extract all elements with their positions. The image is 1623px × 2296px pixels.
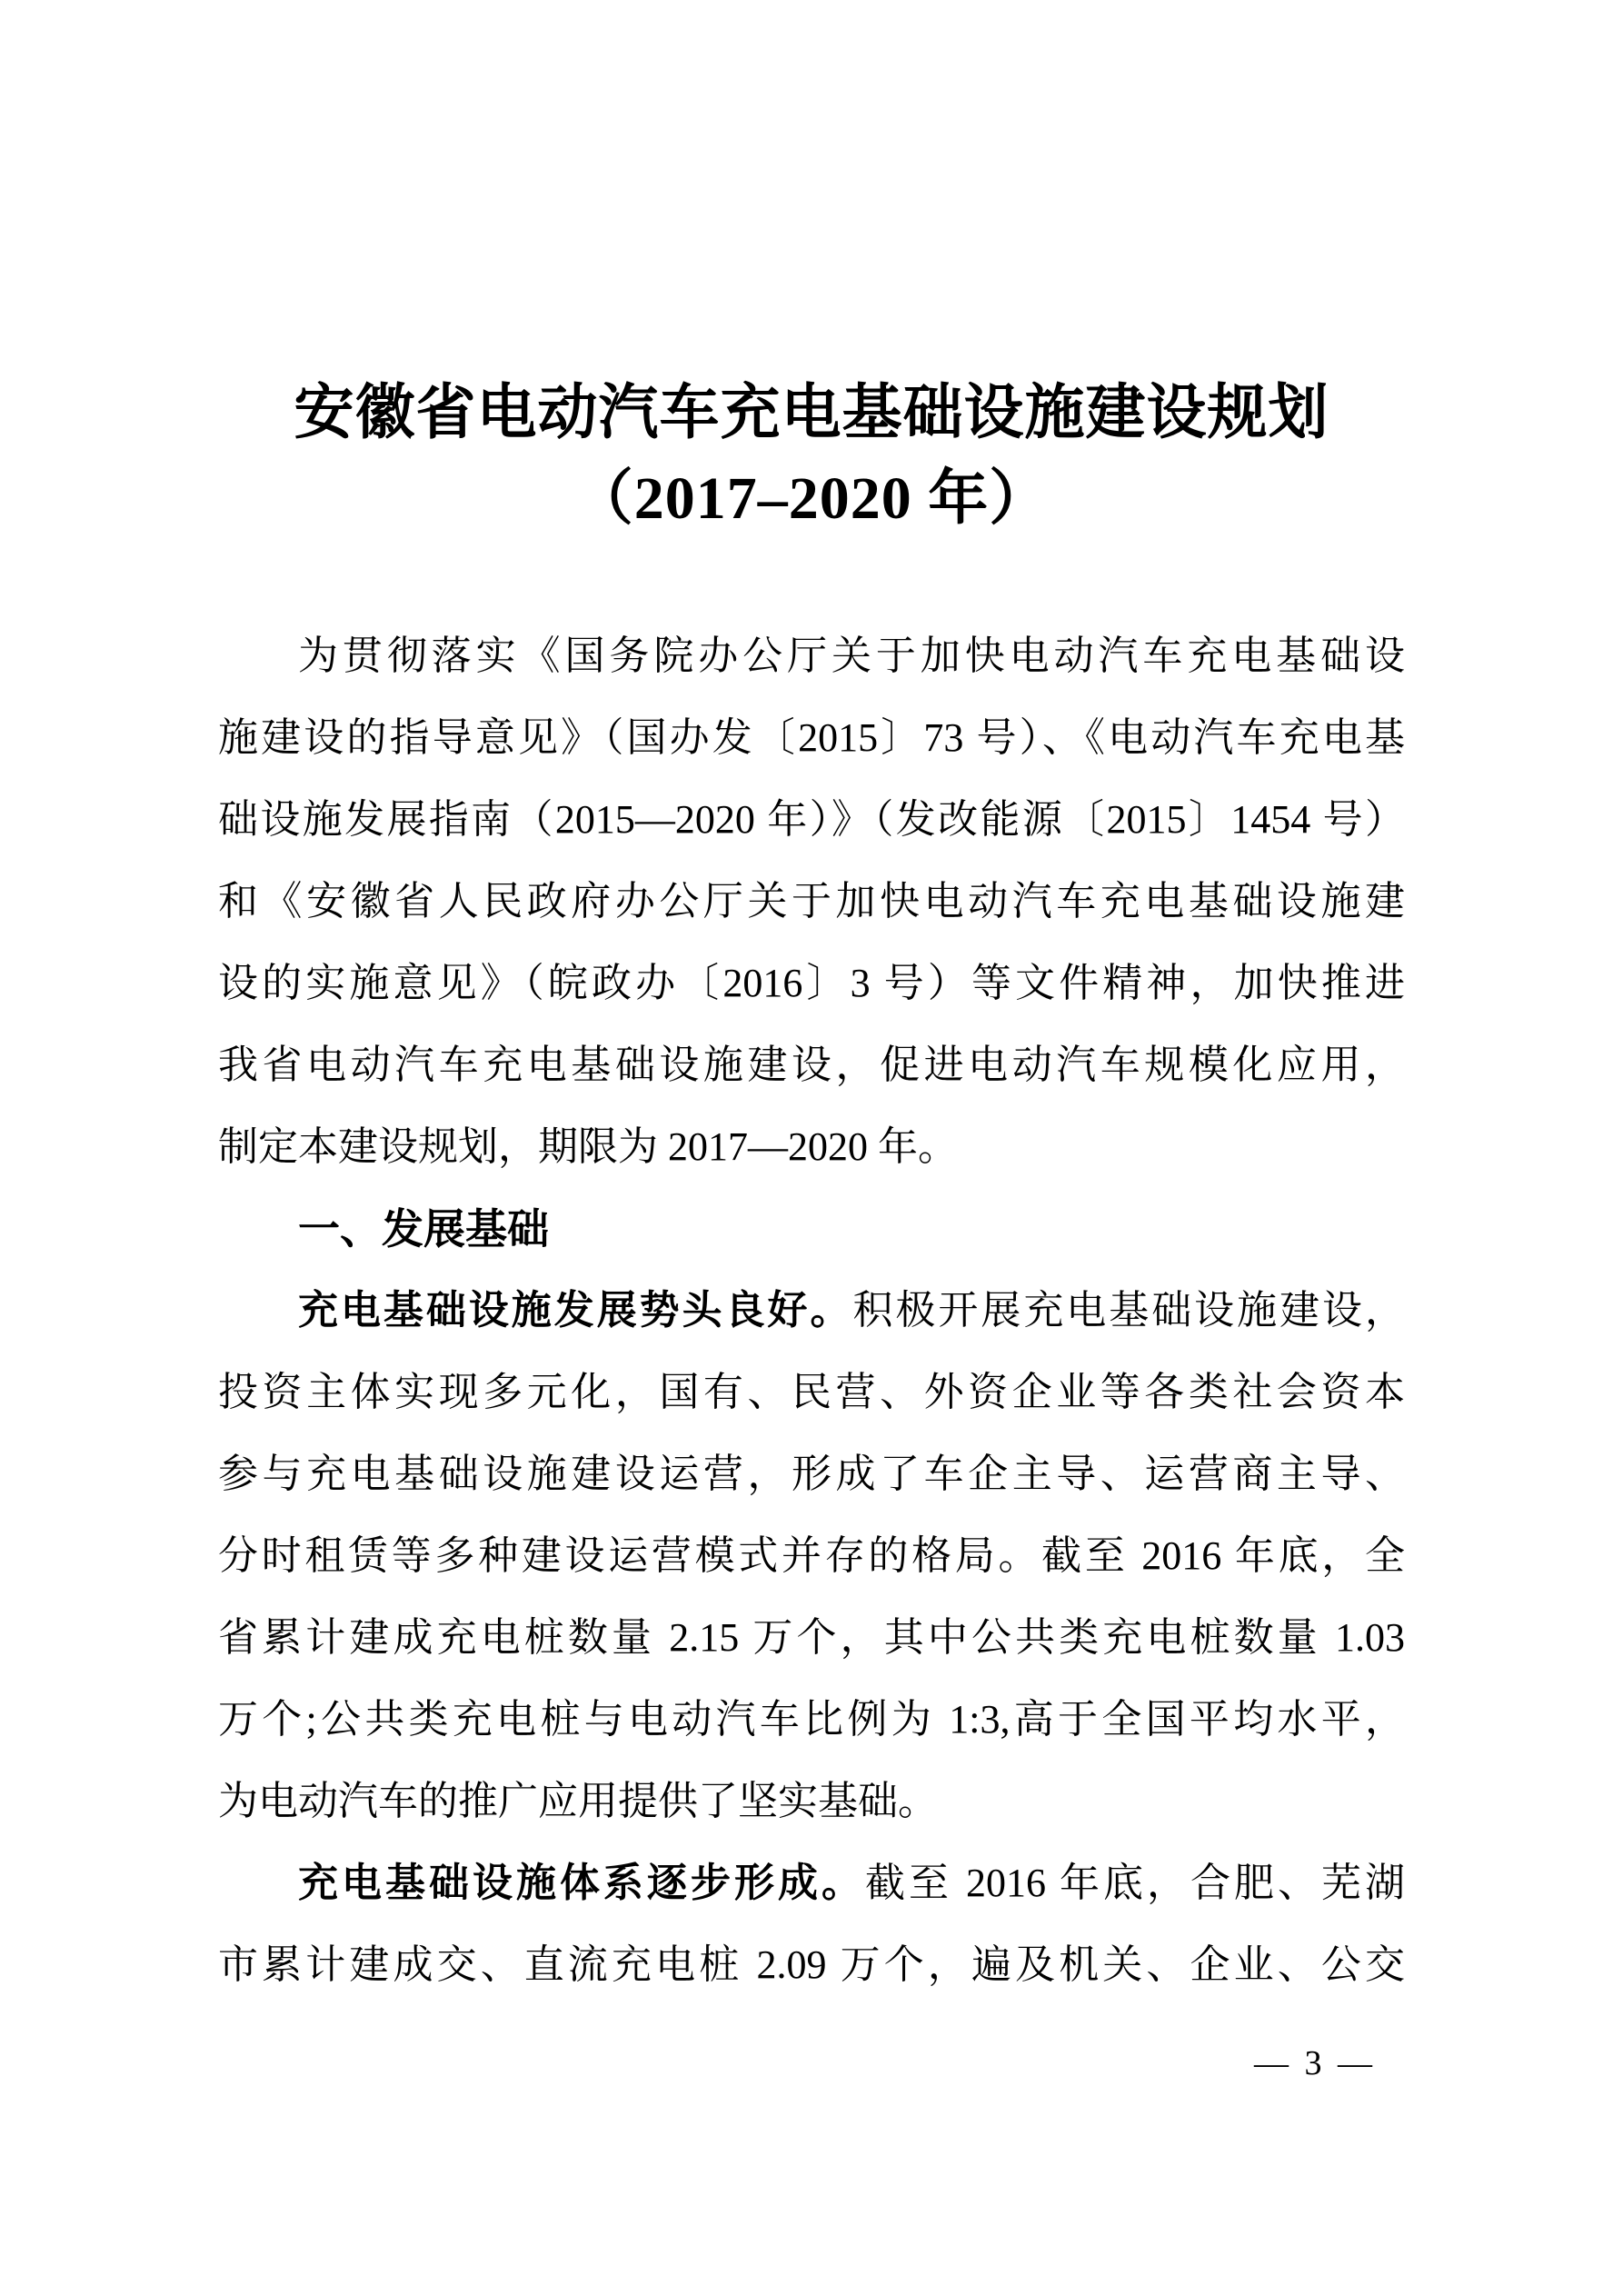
text-line: 充电基础设施发展势头良好。积极开展充电基础设施建设，: [218, 1270, 1405, 1352]
text-line: 充电基础设施体系逐步形成。截至 2016 年底，合肥、芜湖: [218, 1842, 1405, 1924]
text-segment: 参与充电基础设施建设运营，形成了车企主导、运营商主导、: [218, 1452, 1405, 1496]
text-segment: 省累计建成充电桩数量 2.15 万个，其中公共类充电桩数量 1.03: [218, 1615, 1405, 1660]
text-segment: 市累计建成交、直流充电桩 2.09 万个，遍及机关、企业、公交: [218, 1942, 1405, 1987]
text-segment: 积极开展充电基础设施建设，: [852, 1288, 1405, 1333]
text-segment: 投资主体实现多元化，国有、民营、外资企业等各类社会资本: [218, 1370, 1405, 1414]
text-segment: 施建设的指导意见》（国办发〔2015〕73 号）、《电动汽车充电基: [218, 715, 1405, 760]
text-segment: 础设施发展指南（2015—2020 年）》（发改能源〔2015〕1454 号）: [218, 797, 1405, 842]
document-body: 为贯彻落实《国务院办公厅关于加快电动汽车充电基础设施建设的指导意见》（国办发〔2…: [218, 615, 1405, 2006]
text-segment: 万个;公共类充电桩与电动汽车比例为 1:3,高于全国平均水平，: [218, 1697, 1405, 1742]
text-segment: 截至 2016 年底，合肥、芜湖: [865, 1861, 1405, 1905]
text-line: 为贯彻落实《国务院办公厅关于加快电动汽车充电基础设: [218, 615, 1405, 697]
text-line: 分时租赁等多种建设运营模式并存的格局。截至 2016 年底，全: [218, 1515, 1405, 1597]
page-number: — 3 —: [1254, 2043, 1372, 2083]
text-line: 投资主体实现多元化，国有、民营、外资企业等各类社会资本: [218, 1352, 1405, 1433]
text-segment: 为贯彻落实《国务院办公厅关于加快电动汽车充电基础设: [298, 634, 1405, 678]
text-line: 为电动汽车的推广应用提供了坚实基础。: [218, 1761, 1405, 1842]
text-line: 省累计建成充电桩数量 2.15 万个，其中公共类充电桩数量 1.03: [218, 1597, 1405, 1679]
text-segment: 为电动汽车的推广应用提供了坚实基础。: [218, 1779, 938, 1823]
text-line: 设的实施意见》（皖政办〔2016〕3 号）等文件精神，加快推进: [218, 943, 1405, 1024]
text-segment: 分时租赁等多种建设运营模式并存的格局。截至 2016 年底，全: [218, 1533, 1405, 1578]
text-segment: 设的实施意见》（皖政办〔2016〕3 号）等文件精神，加快推进: [218, 961, 1405, 1005]
section-heading: 一、发展基础: [218, 1188, 1405, 1270]
text-line: 础设施发展指南（2015—2020 年）》（发改能源〔2015〕1454 号）: [218, 779, 1405, 861]
text-line: 我省电动汽车充电基础设施建设，促进电动汽车规模化应用，: [218, 1024, 1405, 1106]
bold-text-segment: 充电基础设施体系逐步形成。: [298, 1861, 865, 1905]
text-line: 施建设的指导意见》（国办发〔2015〕73 号）、《电动汽车充电基: [218, 697, 1405, 779]
text-line: 万个;公共类充电桩与电动汽车比例为 1:3,高于全国平均水平，: [218, 1679, 1405, 1761]
document-page: 安徽省电动汽车充电基础设施建设规划 （2017–2020 年） 为贯彻落实《国务…: [0, 0, 1623, 2296]
document-title-line2: （2017–2020 年）: [0, 456, 1623, 542]
text-segment: 和《安徽省人民政府办公厅关于加快电动汽车充电基础设施建: [218, 879, 1405, 923]
bold-text-segment: 充电基础设施发展势头良好。: [298, 1288, 852, 1333]
bold-text-segment: 一、发展基础: [298, 1205, 549, 1253]
text-line: 参与充电基础设施建设运营，形成了车企主导、运营商主导、: [218, 1433, 1405, 1515]
document-title-line1: 安徽省电动汽车充电基础设施建设规划: [0, 371, 1623, 456]
text-line: 制定本建设规划，期限为 2017—2020 年。: [218, 1106, 1405, 1188]
text-segment: 我省电动汽车充电基础设施建设，促进电动汽车规模化应用，: [218, 1043, 1405, 1087]
text-segment: 制定本建设规划，期限为 2017—2020 年。: [218, 1124, 958, 1169]
text-line: 市累计建成交、直流充电桩 2.09 万个，遍及机关、企业、公交: [218, 1924, 1405, 2006]
text-line: 和《安徽省人民政府办公厅关于加快电动汽车充电基础设施建: [218, 861, 1405, 943]
document-title: 安徽省电动汽车充电基础设施建设规划 （2017–2020 年）: [0, 371, 1623, 542]
